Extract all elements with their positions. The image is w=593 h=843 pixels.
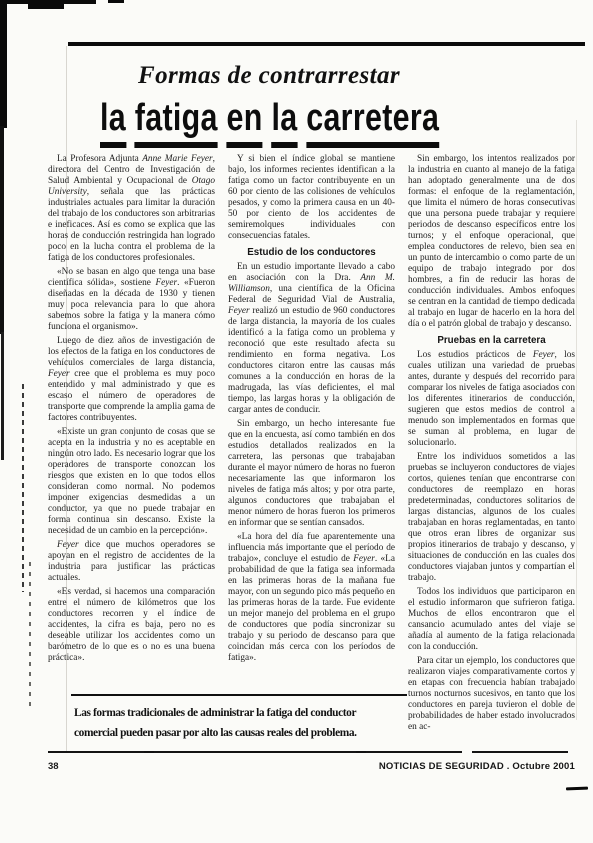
scan-artifact-left-bar-3	[1, 332, 4, 460]
callout-line: Las formas tradicionales de administrar …	[74, 703, 404, 723]
footer-rule	[48, 751, 576, 753]
body-paragraph: Sin embargo, los intentos realizados por…	[408, 154, 575, 330]
body-paragraph: «No se basan en algo que tenga una base …	[48, 267, 215, 333]
masthead-rule	[68, 42, 585, 46]
body-paragraph: Sin embargo, un hecho interesante fue qu…	[228, 419, 395, 529]
body-paragraph: En un estudio importante llevado a cabo …	[228, 262, 395, 416]
body-paragraph: Para citar un ejemplo, los conductores q…	[408, 656, 575, 733]
body-paragraph: «Es verdad, si hacemos una comparación e…	[48, 587, 215, 664]
column-1: La Profesora Adjunta Anne Marie Feyer, d…	[48, 154, 215, 754]
body-paragraph: Los estudios prácticos de Feyer, los cua…	[408, 350, 575, 449]
callout-box: Las formas tradicionales de administrar …	[71, 694, 407, 753]
body-paragraph: «Existe un gran conjunto de cosas que se…	[48, 427, 215, 537]
scan-artifact-dotted-line	[22, 384, 24, 592]
article-body: La Profesora Adjunta Anne Marie Feyer, d…	[48, 154, 576, 754]
callout-line: comercial pueden pasar por alto las caus…	[74, 723, 404, 743]
body-paragraph: La Profesora Adjunta Anne Marie Feyer, d…	[48, 154, 215, 264]
column-2: Y si bien el índice global se mantiene b…	[228, 154, 395, 754]
scan-artifact-left-bar	[0, 0, 7, 128]
section-heading-pruebas: Pruebas en la carretera	[408, 335, 575, 346]
scanned-page: Formas de contrarrestar la fatiga en la …	[0, 0, 593, 843]
scan-artifact-right-margin-line	[576, 120, 577, 720]
article-title: la fatiga en la carretera	[100, 97, 439, 140]
page-number: 38	[48, 761, 59, 772]
scan-artifact-corner-dash	[566, 787, 588, 791]
body-paragraph: Feyer dice que muchos operadores se apoy…	[48, 540, 215, 584]
scan-artifact-top-blob	[28, 0, 64, 9]
article-kicker: Formas de contrarrestar	[138, 62, 400, 90]
body-paragraph: Luego de diez años de investigación de l…	[48, 336, 215, 424]
section-heading-estudio: Estudio de los conductores	[228, 247, 395, 258]
scan-artifact-dotted-line-2	[29, 562, 31, 712]
publication-name: NOTICIAS DE SEGURIDAD . Octubre 2001	[379, 761, 575, 772]
column-3: Sin embargo, los intentos realizados por…	[408, 154, 575, 754]
body-paragraph: Y si bien el índice global se mantiene b…	[228, 154, 395, 242]
body-paragraph: «La hora del día fue aparentemente una i…	[228, 532, 395, 664]
scan-artifact-left-bar-2	[0, 126, 4, 334]
body-paragraph: Todos los individuos que participaron en…	[408, 587, 575, 653]
body-paragraph: Entre los individuos sometidos a las pru…	[408, 452, 575, 584]
scan-artifact-top-tick	[108, 0, 124, 3]
